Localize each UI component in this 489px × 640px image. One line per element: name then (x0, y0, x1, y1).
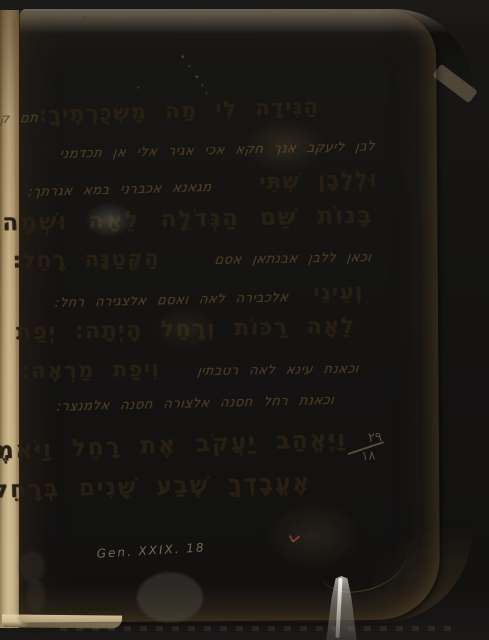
square-script-segment: וּלְלָבָן שְׁתֵּי (259, 166, 379, 193)
text-line: וכאנת רחל חסנה אלצורה חסנה אלמנצר: (57, 393, 335, 415)
gray-stain (137, 572, 203, 622)
manuscript-photo: הַגִּידָה לִי מַה מַשְׂכֻּרְתֶּיךָ: תם ק… (0, 0, 489, 640)
fraction-denominator: ١٨ (361, 448, 376, 464)
square-script-segment: לֵאָה רַכּוֹת וְרָחֵל הָיְתָה: יְפַת תֹּ… (0, 314, 356, 347)
text-line: הַגִּידָה לִי מַה מַשְׂכֻּרְתֶּיךָ: תם ק… (43, 94, 320, 127)
cursive-script-segment: וכאנת עינא לאה רטבתין (197, 362, 360, 380)
ink-speck (201, 84, 203, 86)
cursive-script-segment: לבן ליעקב אנך חקא אכי אגיר אלי אן תכדמני (59, 139, 376, 162)
verse-reference-note: Gen. XXIX. 18 (96, 540, 206, 560)
text-line: וכאנת עינא לאה רטבתין וִיפַת מַרְאֶה: (21, 354, 359, 383)
text-line: וּלְלָבָן שְׁתֵּי מגאנא אכברני במא אגרתך… (28, 166, 379, 200)
text-line: בָּנוֹת שֵׁם הַגְּדֹלָה לֵאָה וּשְׁמָה (2, 202, 374, 236)
pencil-chapter-verse-fraction: ٢٩ ١٨ (346, 432, 388, 469)
cursive-script-segment: אלכבירה לאה ואסם אלצגירה רחל: (54, 290, 289, 311)
ink-speck (137, 87, 139, 89)
text-line: וַיֶּאֱהַב יַעֲקֹב אֶת רָחֵל וַיֹּאמֶר (0, 426, 347, 465)
square-script-segment: הַגִּידָה לִי מַה מַשְׂכֻּרְתֶּיךָ: (38, 94, 320, 127)
cursive-script-segment: וכאן ללבן אבנתאן אסם (214, 250, 373, 268)
text-line: אֶעֱבָדְךָ שֶׁבַע שָׁנִים בְּרָחֵל (0, 470, 311, 504)
ink-speck (195, 75, 198, 78)
ink-smudge (19, 551, 45, 581)
ink-speck (95, 19, 98, 22)
square-script-segment: בָּנוֹת שֵׁם הַגְּדֹלָה לֵאָה וּשְׁמָה (2, 202, 374, 236)
red-ink-mark (289, 530, 300, 544)
ink-speck (83, 16, 87, 19)
square-script-segment: וִיפַת מַרְאֶה: (21, 357, 160, 383)
ink-speck (181, 55, 184, 58)
text-line: לבן ליעקב אנך חקא אכי אגיר אלי אן תכדמני (59, 139, 375, 162)
ink-speck (188, 65, 190, 67)
manuscript-page: הַגִּידָה לִי מַה מַשְׂכֻּרְתֶּיךָ: תם ק… (15, 11, 440, 623)
square-script-segment: הַקְּטַנָּה רָחֵל: (12, 246, 160, 273)
ink-smudge (27, 579, 45, 613)
text-line: לֵאָה רַכּוֹת וְרָחֵל הָיְתָה: יְפַת תֹּ… (0, 314, 356, 347)
cover-texture-sheen (60, 626, 460, 631)
cursive-script-segment: מגאנא אכברני במא אגרתך: (27, 180, 212, 200)
cursive-script-segment: תם קאל (0, 111, 40, 128)
text-line: וְעֵינֵי אלכבירה לאה ואסם אלצגירה רחל: (55, 279, 364, 311)
square-script-segment: וְעֵינֵי (313, 279, 364, 304)
square-script-segment: אֶעֱבָדְךָ שֶׁבַע שָׁנִים בְּרָחֵל (0, 470, 311, 504)
ink-speck (205, 92, 207, 94)
text-line: וכאן ללבן אבנתאן אסם הַקְּטַנָּה רָחֵל: (12, 242, 371, 272)
cursive-script-segment: וכאנת רחל חסנה אלצורה חסנה אלמנצר: (56, 393, 335, 415)
square-script-segment: וַיֶּאֱהַב יַעֲקֹב אֶת רָחֵל וַיֹּאמֶר (0, 426, 347, 465)
